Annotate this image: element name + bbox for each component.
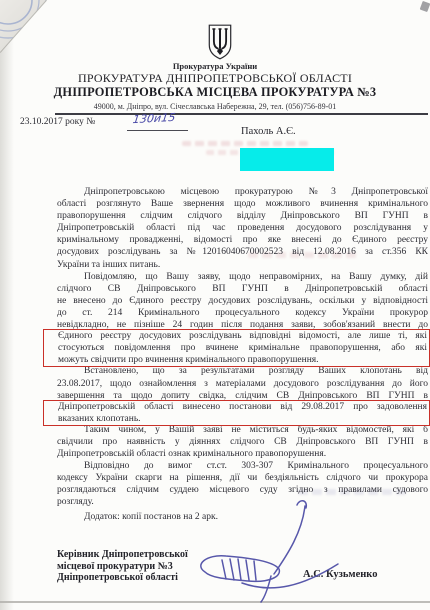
- body-line: України та інших питань.: [57, 259, 428, 271]
- signer-title-line: Дніпропетровської області: [57, 572, 188, 584]
- recipient-name: Пахоль А.Є.: [241, 126, 296, 137]
- signer-title-line: Керівник Дніпропетровської: [57, 549, 188, 561]
- header-divider: [55, 113, 428, 115]
- handwritten-outgoing-number: 130и15: [132, 111, 176, 126]
- body-line: вказаних клопотань.: [58, 413, 427, 425]
- signer-title-line: місцевої прокуратури №3: [57, 561, 188, 573]
- org-name-country: Прокуратура України: [15, 61, 415, 71]
- body-line: 23.08.2017, щодо ознайомлення з матеріал…: [57, 378, 428, 390]
- org-name-local: ДНІПРОПЕТРОВСЬКА МІСЦЕВА ПРОКУРАТУРА №3: [15, 85, 415, 100]
- body-line: Дніпропетровській області винесено поста…: [58, 401, 427, 413]
- body-line: правопорушення слідчим слідчого відділу …: [57, 210, 428, 222]
- date-number-label: 23.10.2017 року №: [20, 117, 95, 127]
- scanned-letter-page: Прокуратура України ПРОКУРАТУРА ДНІПРОПЕ…: [0, 0, 430, 610]
- org-name-region: ПРОКУРАТУРА ДНІПРОПЕТРОВСЬКОЇ ОБЛАСТІ: [15, 71, 415, 86]
- body-line: можуть свідчити про вчинення кримінально…: [58, 354, 427, 366]
- body-line: кримінальному провадженні, відомості про…: [57, 234, 428, 246]
- body-line: Дніпропетровській області під час провед…: [57, 222, 428, 234]
- scan-left-shadow: [0, 0, 14, 610]
- body-line: слідчого СВ Дніпровського ВП ГУНП в Дніп…: [57, 283, 428, 295]
- body-line: Повідомляю, що Вашу заяву, щодо неправом…: [57, 271, 428, 283]
- signer-title: Керівник Дніпропетровської місцевої прок…: [57, 549, 188, 584]
- cyan-redaction-box: [240, 148, 334, 171]
- handwritten-signature-icon: [178, 452, 346, 604]
- body-line: свідчили про наявність у діяннях слідчог…: [57, 436, 428, 448]
- org-address: 49000, м. Дніпро, вул. Січеславська Набе…: [15, 102, 415, 111]
- trident-emblem-icon: [207, 23, 233, 61]
- red-highlight-box-2: Дніпропетровській області винесено поста…: [43, 400, 430, 426]
- body-line: Дніпропетровською місцевою прокуратурою …: [57, 186, 428, 198]
- body-line: Єдиного реєстру досудових розслідувань в…: [58, 330, 427, 342]
- number-underline: [127, 130, 188, 131]
- body-line: досудових розслідувань за №1201604067000…: [57, 246, 428, 258]
- body-line: області розглянуто Ваше звернення щодо м…: [57, 198, 428, 210]
- scan-smudge: [420, 1, 430, 12]
- red-highlight-box-1: Єдиного реєстру досудових розслідувань в…: [43, 329, 430, 367]
- body-line: не внесено до Єдиного реєстру досудових …: [57, 295, 428, 307]
- body-line: стосуються повідомлення про вчинене крим…: [58, 342, 427, 354]
- bleedthrough-artifact: [182, 141, 308, 146]
- body-line: до ст. 214 Кримінального процесуального …: [57, 307, 428, 319]
